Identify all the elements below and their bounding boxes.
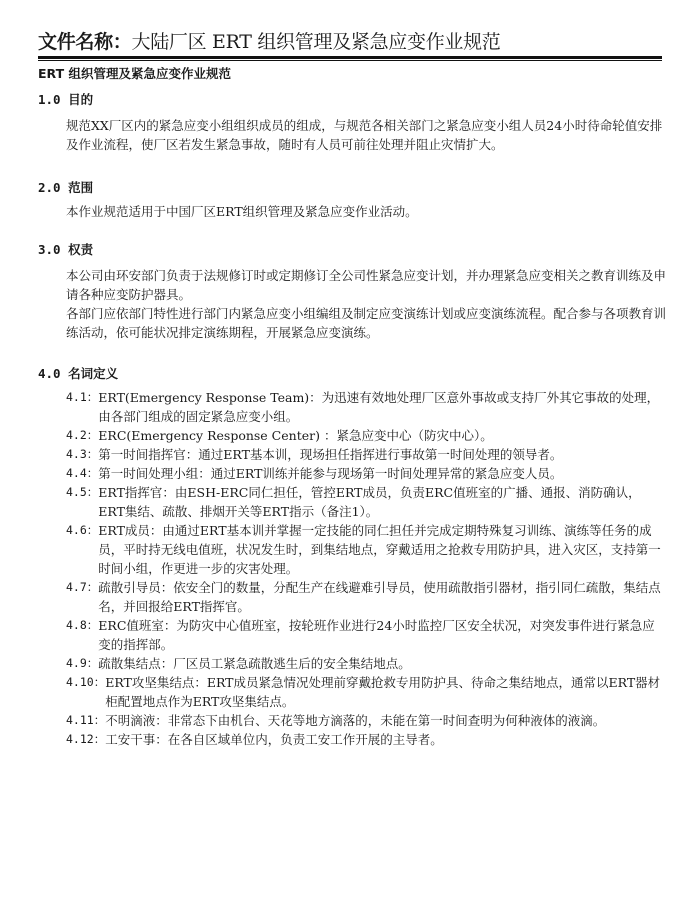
document-header: 文件名称：大陆厂区 ERT 组织管理及紧急应变作业规范: [38, 30, 662, 61]
paragraph: 各部门应依部门特性进行部门内紧急应变小组编组及制定应变演练计划或应变演练流程。配…: [66, 304, 666, 342]
section-number: 4.0: [38, 366, 61, 381]
definition-number: 4.7：: [66, 578, 98, 616]
section-number: 2.0: [38, 180, 61, 195]
definition-text: ERT(Emergency Response Team)：为迅速有效地处理厂区意…: [98, 388, 666, 426]
section-heading-responsibility: 3.0 权责: [38, 240, 93, 258]
paragraph: 规范XX厂区内的紧急应变小组组织成员的组成，与规范各相关部门之紧急应变小组人员2…: [66, 116, 666, 154]
definition-number: 4.3：: [66, 445, 98, 464]
section-number: 1.0: [38, 92, 61, 107]
definition-text: 不明滴液：非常态下由机台、天花等地方滴落的，未能在第一时间查明为何种液体的液滴。: [105, 711, 666, 730]
definitions-list: 4.1：ERT(Emergency Response Team)：为迅速有效地处…: [66, 388, 666, 749]
section-heading-scope: 2.0 范围: [38, 178, 93, 196]
definition-item: 4.1：ERT(Emergency Response Team)：为迅速有效地处…: [66, 388, 666, 426]
definition-text: ERT指挥官：由ESH-ERC同仁担任，管控ERT成员，负责ERC值班室的广播、…: [98, 483, 666, 521]
document-subtitle: ERT 组织管理及紧急应变作业规范: [38, 64, 231, 82]
section-title: 范围: [68, 180, 93, 195]
section-body-scope: 本作业规范适用于中国厂区ERT组织管理及紧急应变作业活动。: [66, 202, 666, 221]
definition-number: 4.4：: [66, 464, 98, 483]
definition-item: 4.8：ERC值班室：为防灾中心值班室，按轮班作业进行24小时监控厂区安全状况，…: [66, 616, 666, 654]
definition-text: 第一时间处理小组：通过ERT训练并能参与现场第一时间处理异常的紧急应变人员。: [98, 464, 666, 483]
file-name-value: 大陆厂区 ERT 组织管理及紧急应变作业规范: [132, 31, 501, 53]
definition-number: 4.8：: [66, 616, 98, 654]
section-body-responsibility: 本公司由环安部门负责于法规修订时或定期修订全公司性紧急应变计划，并办理紧急应变相…: [66, 266, 666, 342]
section-heading-definitions: 4.0 名词定义: [38, 364, 118, 382]
definition-number: 4.6：: [66, 521, 98, 578]
definition-item: 4.7：疏散引导员：依安全门的数量，分配生产在线避难引导员，使用疏散指引器材，指…: [66, 578, 666, 616]
definition-number: 4.11：: [66, 711, 105, 730]
section-title: 目的: [68, 92, 93, 107]
definition-item: 4.5：ERT指挥官：由ESH-ERC同仁担任，管控ERT成员，负责ERC值班室…: [66, 483, 666, 521]
file-name-label: 文件名称：: [38, 31, 132, 53]
definition-item: 4.2：ERC(Emergency Response Center) ：紧急应变…: [66, 426, 666, 445]
paragraph: 本公司由环安部门负责于法规修订时或定期修订全公司性紧急应变计划，并办理紧急应变相…: [66, 266, 666, 304]
section-title: 名词定义: [68, 366, 118, 381]
definition-number: 4.9：: [66, 654, 98, 673]
definition-text: ERC值班室：为防灾中心值班室，按轮班作业进行24小时监控厂区安全状况，对突发事…: [98, 616, 666, 654]
definition-item: 4.11：不明滴液：非常态下由机台、天花等地方滴落的，未能在第一时间查明为何种液…: [66, 711, 666, 730]
document-title: 文件名称：大陆厂区 ERT 组织管理及紧急应变作业规范: [38, 30, 662, 54]
definition-text: 第一时间指挥官：通过ERT基本训，现场担任指挥进行事故第一时间处理的领导者。: [98, 445, 666, 464]
definition-item: 4.4：第一时间处理小组：通过ERT训练并能参与现场第一时间处理异常的紧急应变人…: [66, 464, 666, 483]
definition-number: 4.12：: [66, 730, 105, 749]
definition-item: 4.10：ERT攻坚集结点：ERT成员紧急情况处理前穿戴抢救专用防护具、待命之集…: [66, 673, 666, 711]
definition-item: 4.9：疏散集结点：厂区员工紧急疏散逃生后的安全集结地点。: [66, 654, 666, 673]
definition-number: 4.5：: [66, 483, 98, 521]
section-number: 3.0: [38, 242, 61, 257]
definition-text: 疏散集结点：厂区员工紧急疏散逃生后的安全集结地点。: [98, 654, 666, 673]
definition-text: ERC(Emergency Response Center) ：紧急应变中心（防…: [98, 426, 666, 445]
section-title: 权责: [68, 242, 93, 257]
definition-text: 工安干事：在各自区域单位内，负责工安工作开展的主导者。: [105, 730, 666, 749]
definition-text: ERT成员：由通过ERT基本训并掌握一定技能的同仁担任并完成定期特殊复习训练、演…: [98, 521, 666, 578]
definition-item: 4.6：ERT成员：由通过ERT基本训并掌握一定技能的同仁担任并完成定期特殊复习…: [66, 521, 666, 578]
section-body-purpose: 规范XX厂区内的紧急应变小组组织成员的组成，与规范各相关部门之紧急应变小组人员2…: [66, 116, 666, 154]
definition-number: 4.10：: [66, 673, 105, 711]
definition-item: 4.12：工安干事：在各自区域单位内，负责工安工作开展的主导者。: [66, 730, 666, 749]
header-double-rule: [38, 56, 662, 61]
section-heading-purpose: 1.0 目的: [38, 90, 93, 108]
definition-text: 疏散引导员：依安全门的数量，分配生产在线避难引导员，使用疏散指引器材，指引同仁疏…: [98, 578, 666, 616]
document-page: 文件名称：大陆厂区 ERT 组织管理及紧急应变作业规范 ERT 组织管理及紧急应…: [0, 0, 700, 905]
paragraph: 本作业规范适用于中国厂区ERT组织管理及紧急应变作业活动。: [66, 202, 666, 221]
definition-item: 4.3：第一时间指挥官：通过ERT基本训，现场担任指挥进行事故第一时间处理的领导…: [66, 445, 666, 464]
definition-text: ERT攻坚集结点：ERT成员紧急情况处理前穿戴抢救专用防护具、待命之集结地点，通…: [105, 673, 666, 711]
definition-number: 4.2：: [66, 426, 98, 445]
definition-number: 4.1：: [66, 388, 98, 426]
